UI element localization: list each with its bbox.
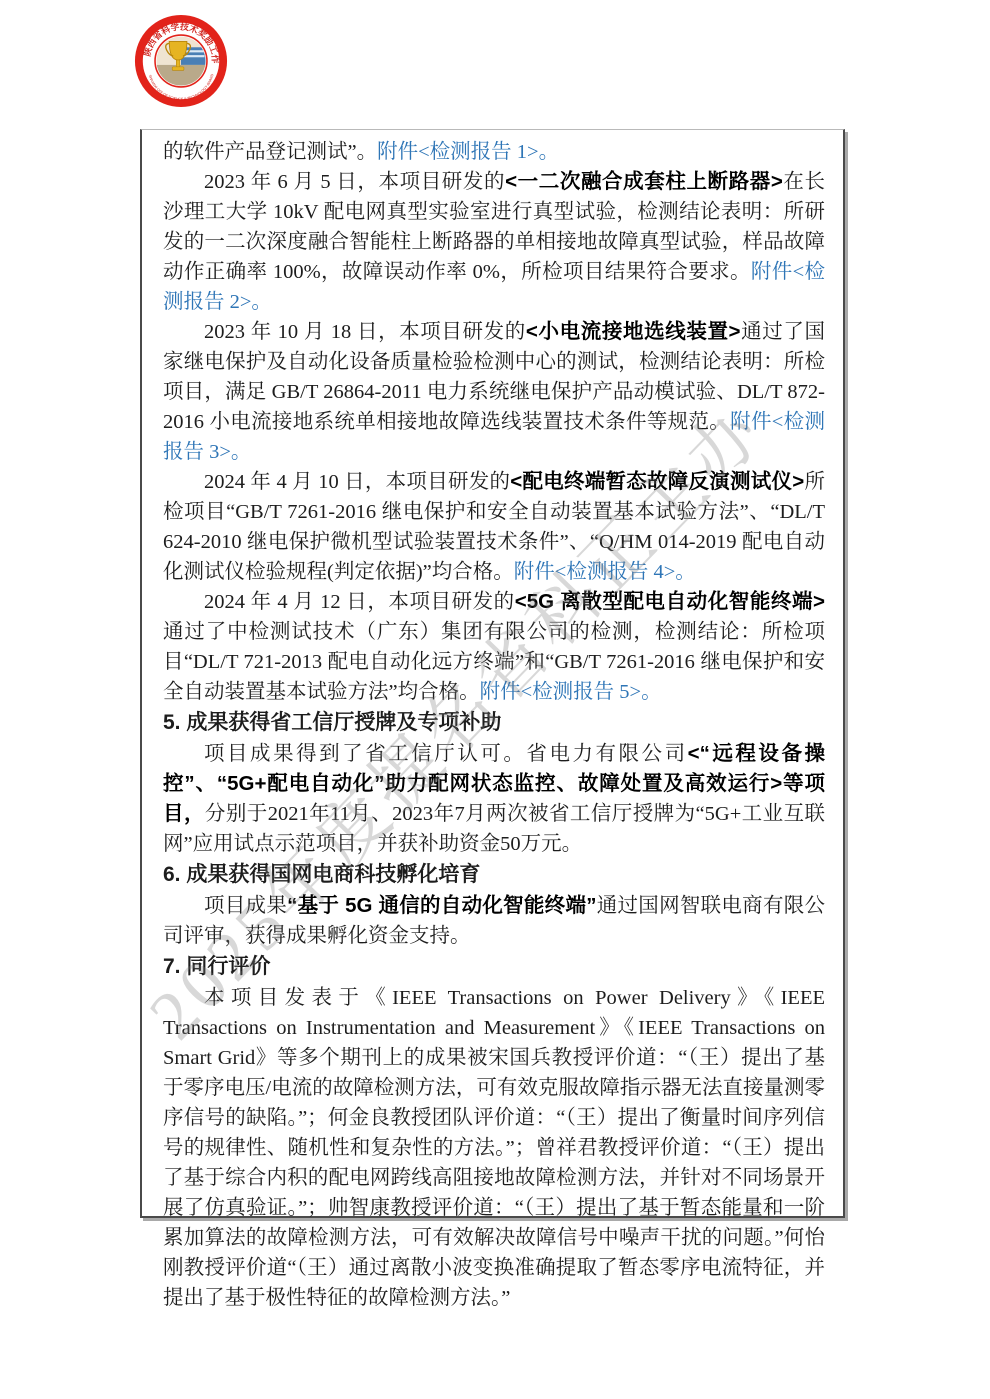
product-name-bold: <5G 离散型配电自动化智能终端> [515, 590, 825, 613]
text-run: 7. 同行评价 [163, 955, 270, 978]
paragraph: 2024 年 4 月 10 日，本项目研发的<配电终端暂态故障反演测试仪>所检项… [163, 467, 825, 587]
paragraph: 2023 年 10 月 18 日，本项目研发的<小电流接地选线装置>通过了国家继… [163, 317, 825, 467]
text-run: 项目成果得到了省工信厅认可。省电力有限公司 [204, 743, 688, 765]
product-name-bold: “基于 5G 通信的自动化智能终端” [287, 894, 596, 917]
document-page: 陕西省科学技术奖励工作办公室 SHAANXI OFF OF SCIENCE & … [0, 0, 990, 1399]
award-office-seal: 陕西省科学技术奖励工作办公室 SHAANXI OFF OF SCIENCE & … [132, 12, 230, 110]
text-run: 项目成果 [204, 895, 287, 917]
text-run: 2023 年 6 月 5 日，本项目研发的 [204, 171, 505, 193]
section-heading: 7. 同行评价 [163, 952, 825, 982]
attachment-link[interactable]: 附件<检测报告 4>。 [514, 561, 696, 583]
paragraph: 项目成果得到了省工信厅认可。省电力有限公司<“远程设备操控”、“5G+配电自动化… [163, 739, 825, 859]
text-run: 的软件产品登记测试”。 [163, 141, 377, 163]
text-run: 本项目发表于《IEEE Transactions on Power Delive… [163, 987, 825, 1309]
text-run: 分别于2021年11月、2023年7月两次被省工信厅授牌为“5G+工业互联网”应… [163, 803, 825, 855]
document-body: 的软件产品登记测试”。附件<检测报告 1>。2023 年 6 月 5 日，本项目… [163, 137, 825, 1313]
attachment-link[interactable]: 附件<检测报告 1>。 [377, 141, 559, 163]
paragraph: 项目成果“基于 5G 通信的自动化智能终端”通过国网智联电商有限公司评审，获得成… [163, 891, 825, 951]
paragraph: 2023 年 6 月 5 日，本项目研发的<一二次融合成套柱上断路器>在长沙理工… [163, 167, 825, 317]
section-heading: 5. 成果获得省工信厅授牌及专项补助 [163, 708, 825, 738]
text-run: 5. 成果获得省工信厅授牌及专项补助 [163, 711, 501, 734]
product-name-bold: <小电流接地选线装置> [526, 320, 741, 343]
paragraph: 的软件产品登记测试”。附件<检测报告 1>。 [163, 137, 825, 167]
text-run: 2023 年 10 月 18 日，本项目研发的 [204, 321, 526, 343]
paragraph: 本项目发表于《IEEE Transactions on Power Delive… [163, 983, 825, 1313]
product-name-bold: <一二次融合成套柱上断路器> [505, 170, 783, 193]
paragraph: 2024 年 4 月 12 日，本项目研发的<5G 离散型配电自动化智能终端>通… [163, 587, 825, 707]
document-table-cell: 的软件产品登记测试”。附件<检测报告 1>。2023 年 6 月 5 日，本项目… [140, 129, 845, 1218]
attachment-link[interactable]: 附件<检测报告 5>。 [480, 681, 662, 703]
text-run: 2024 年 4 月 12 日，本项目研发的 [204, 591, 515, 613]
product-name-bold: <配电终端暂态故障反演测试仪> [510, 470, 804, 493]
seal-graphic: 陕西省科学技术奖励工作办公室 SHAANXI OFF OF SCIENCE & … [132, 12, 230, 110]
text-run: 6. 成果获得国网电商科技孵化培育 [163, 863, 480, 886]
section-heading: 6. 成果获得国网电商科技孵化培育 [163, 860, 825, 890]
text-run: 2024 年 4 月 10 日，本项目研发的 [204, 471, 510, 493]
